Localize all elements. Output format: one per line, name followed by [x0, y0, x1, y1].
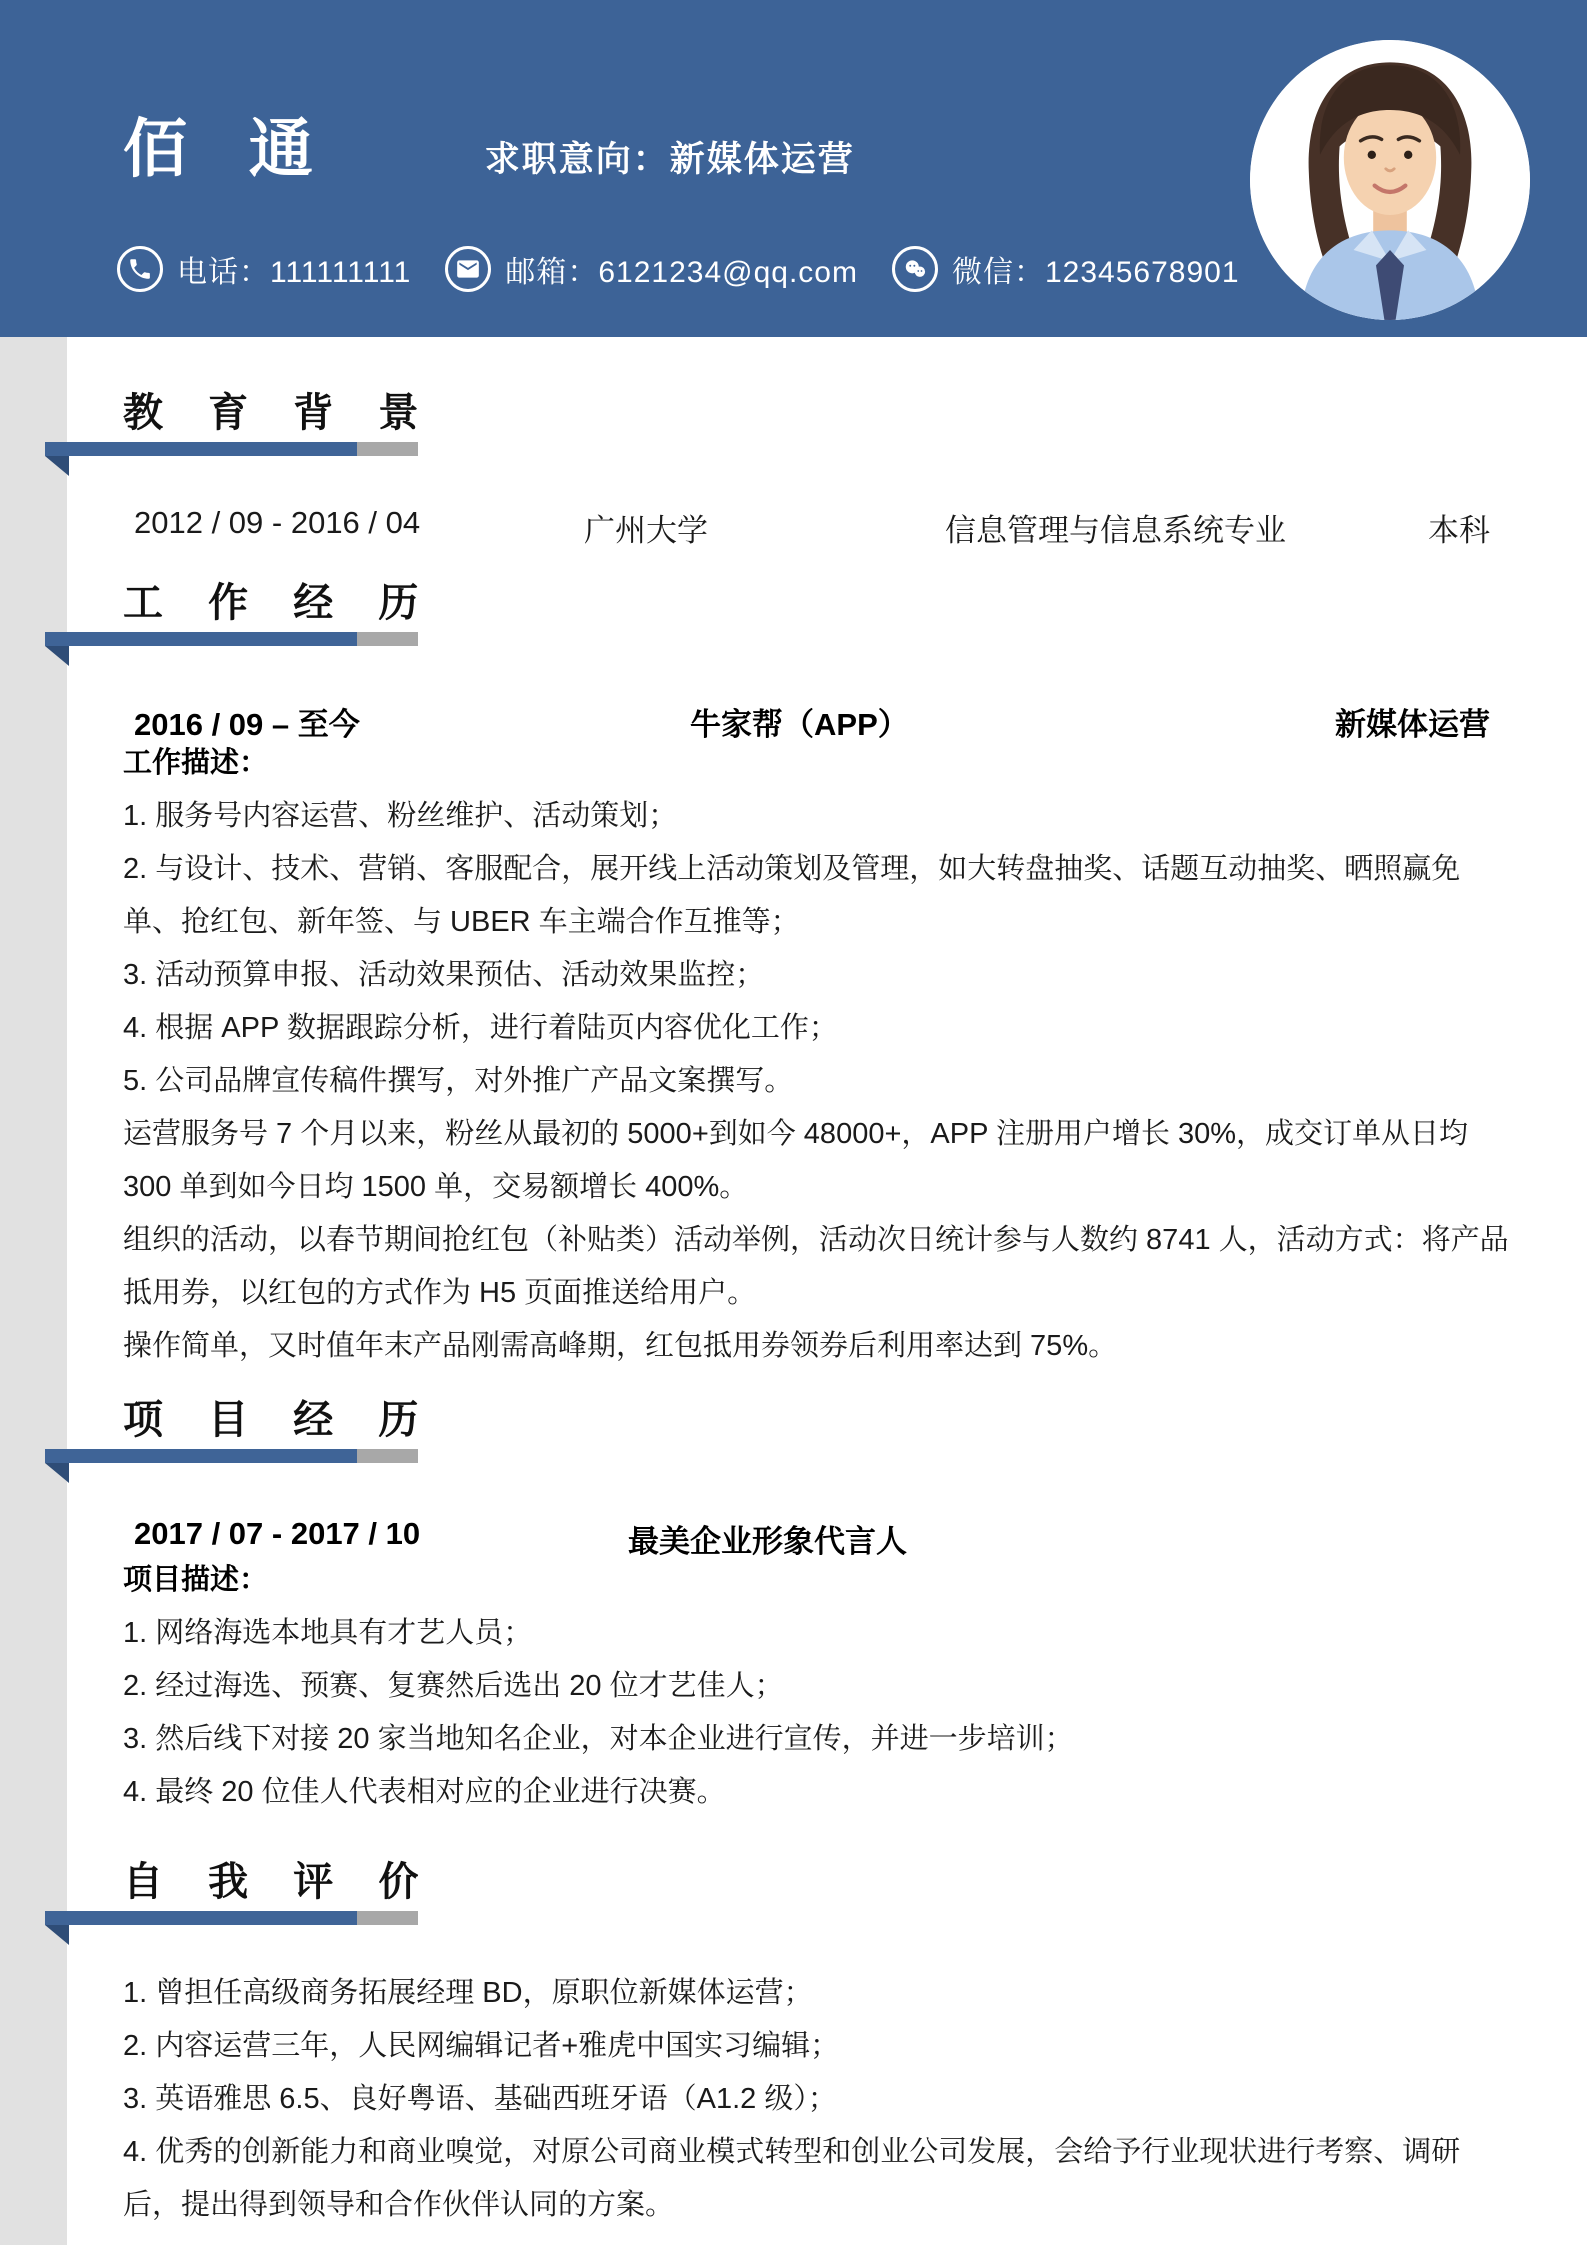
contact-row: 电话：111111111 邮箱：6121234@qq.com — [117, 246, 1274, 292]
self-evaluation-item: 4. 优秀的创新能力和商业嗅觉，对原公司商业模式转型和创业公司发展，会给予行业现… — [123, 2126, 1510, 2232]
header-band: 佰 通 求职意向：新媒体运营 电话：111111111 邮箱：6121234@q… — [0, 0, 1587, 337]
work-paragraph: 运营服务号 7 个月以来，粉丝从最初的 5000+到如今 48000+，APP … — [123, 1108, 1510, 1214]
ribbon-gray-tail — [357, 442, 418, 456]
contact-email-text: 邮箱：6121234@qq.com — [505, 247, 858, 291]
section-ribbon — [0, 1911, 418, 1925]
education-major: 信息管理与信息系统专业 — [945, 505, 1286, 550]
job-objective: 求职意向：新媒体运营 — [485, 132, 855, 182]
work-item: 3. 活动预算申报、活动效果预估、活动效果监控； — [123, 949, 1510, 1002]
section-title-self: 自 我 评 价 — [0, 1857, 1587, 1907]
ribbon-fold-triangle — [45, 456, 69, 476]
project-period: 2017 / 07 - 2017 / 10 — [134, 1516, 420, 1552]
work-company: 牛家帮（APP） — [690, 699, 909, 744]
project-name: 最美企业形象代言人 — [628, 1516, 907, 1561]
ribbon-blue-bar — [45, 1911, 357, 1925]
ribbon-gray-tail — [357, 1911, 418, 1925]
section-ribbon — [0, 442, 418, 456]
wechat-label: 微信： — [952, 256, 1045, 289]
phone-value: 111111111 — [270, 256, 411, 289]
section-ribbon — [0, 632, 418, 646]
section-self-evaluation: 自 我 评 价 1. 曾担任高级商务拓展经理 BD，原职位新媒体运营； 2. 内… — [0, 1857, 1587, 2232]
ribbon-blue-bar — [45, 1449, 357, 1463]
section-ribbon — [0, 1449, 418, 1463]
mail-icon — [445, 246, 491, 292]
ribbon-gray-tail — [357, 1449, 418, 1463]
self-evaluation-item: 3. 英语雅思 6.5、良好粤语、基础西班牙语（A1.2 级）； — [123, 2073, 1510, 2126]
contact-phone-text: 电话：111111111 — [177, 247, 411, 291]
contact-phone: 电话：111111111 — [117, 246, 411, 292]
self-evaluation-item: 1. 曾担任高级商务拓展经理 BD，原职位新媒体运营； — [123, 1967, 1510, 2020]
profile-photo-illustration — [1250, 40, 1530, 320]
project-item: 3. 然后线下对接 20 家当地知名企业，对本企业进行宣传，并进一步培训； — [123, 1713, 1510, 1766]
wechat-value: 12345678901 — [1045, 256, 1240, 289]
section-title-project: 项 目 经 历 — [0, 1395, 1587, 1445]
work-desc-label: 工作描述： — [123, 737, 1510, 790]
section-title-education: 教 育 背 景 — [0, 388, 1587, 438]
project-item: 2. 经过海选、预赛、复赛然后选出 20 位才艺佳人； — [123, 1660, 1510, 1713]
contact-wechat: 微信：12345678901 — [892, 246, 1240, 292]
work-period: 2016 / 09 – 至今 — [134, 699, 360, 744]
wechat-icon — [892, 246, 938, 292]
work-item: 2. 与设计、技术、营销、客服配合，展开线上活动策划及管理，如大转盘抽奖、话题互… — [123, 843, 1510, 949]
section-title-work: 工 作 经 历 — [0, 578, 1587, 628]
project-item: 1. 网络海选本地具有才艺人员； — [123, 1607, 1510, 1660]
education-period: 2012 / 09 - 2016 / 04 — [134, 505, 420, 541]
resume-body: 教 育 背 景 2012 / 09 - 2016 / 04 广州大学 信息管理与… — [0, 337, 1587, 2232]
work-item: 4. 根据 APP 数据跟踪分析，进行着陆页内容优化工作； — [123, 1002, 1510, 1055]
candidate-name: 佰 通 — [123, 98, 335, 190]
education-degree: 本科 — [1428, 505, 1490, 550]
contact-wechat-text: 微信：12345678901 — [952, 247, 1240, 291]
self-evaluation-item: 2. 内容运营三年，人民网编辑记者+雅虎中国实习编辑； — [123, 2020, 1510, 2073]
work-description: 工作描述： 1. 服务号内容运营、粉丝维护、活动策划； 2. 与设计、技术、营销… — [123, 737, 1587, 1373]
project-header-row: 2017 / 07 - 2017 / 10 最美企业形象代言人 — [123, 1516, 1510, 1554]
education-school: 广州大学 — [584, 505, 708, 550]
ribbon-fold-triangle — [45, 646, 69, 666]
resume-page: 佰 通 求职意向：新媒体运营 电话：111111111 邮箱：6121234@q… — [0, 0, 1587, 2245]
contact-email: 邮箱：6121234@qq.com — [445, 246, 858, 292]
section-work: 工 作 经 历 2016 / 09 – 至今 牛家帮（APP） 新媒体运营 工作… — [0, 578, 1587, 1373]
work-header-row: 2016 / 09 – 至今 牛家帮（APP） 新媒体运营 — [123, 699, 1510, 737]
project-desc-label: 项目描述： — [123, 1554, 1510, 1607]
phone-icon — [117, 246, 163, 292]
work-role: 新媒体运营 — [1335, 699, 1490, 744]
header-main: 佰 通 求职意向：新媒体运营 — [123, 98, 855, 190]
work-item: 1. 服务号内容运营、粉丝维护、活动策划； — [123, 790, 1510, 843]
ribbon-blue-bar — [45, 632, 357, 646]
project-item: 4. 最终 20 位佳人代表相对应的企业进行决赛。 — [123, 1766, 1510, 1819]
section-education: 教 育 背 景 2012 / 09 - 2016 / 04 广州大学 信息管理与… — [0, 388, 1587, 545]
self-evaluation-list: 1. 曾担任高级商务拓展经理 BD，原职位新媒体运营； 2. 内容运营三年，人民… — [123, 1967, 1587, 2232]
work-paragraph: 组织的活动，以春节期间抢红包（补贴类）活动举例，活动次日统计参与人数约 8741… — [123, 1214, 1510, 1320]
ribbon-fold-triangle — [45, 1463, 69, 1483]
ribbon-gray-tail — [357, 632, 418, 646]
email-value: 6121234@qq.com — [598, 256, 858, 289]
work-item: 5. 公司品牌宣传稿件撰写，对外推广产品文案撰写。 — [123, 1055, 1510, 1108]
project-description: 项目描述： 1. 网络海选本地具有才艺人员； 2. 经过海选、预赛、复赛然后选出… — [123, 1554, 1587, 1819]
profile-photo — [1250, 40, 1530, 320]
ribbon-blue-bar — [45, 442, 357, 456]
ribbon-fold-triangle — [45, 1925, 69, 1945]
section-project: 项 目 经 历 2017 / 07 - 2017 / 10 最美企业形象代言人 … — [0, 1395, 1587, 1819]
education-row: 2012 / 09 - 2016 / 04 广州大学 信息管理与信息系统专业 本… — [123, 505, 1587, 545]
work-paragraph: 操作简单，又时值年末产品刚需高峰期，红包抵用券领券后利用率达到 75%。 — [123, 1320, 1510, 1373]
email-label: 邮箱： — [505, 256, 598, 289]
phone-label: 电话： — [177, 256, 270, 289]
